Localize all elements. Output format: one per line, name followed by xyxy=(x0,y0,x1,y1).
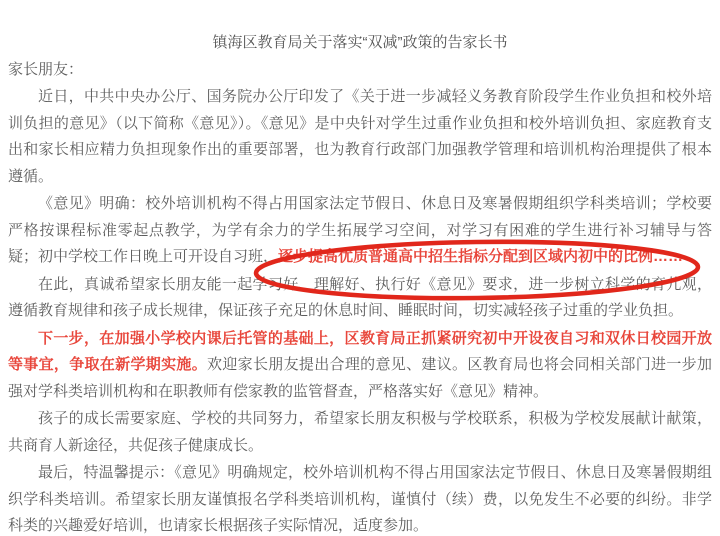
paragraph-intro: 近日，中共中央办公厅、国务院办公厅印发了《关于进一步减轻义务教育阶段学生作业负担… xyxy=(8,84,712,190)
paragraph-cooperation-text: 孩子的成长需要家庭、学校的共同努力，希望家长朋友积极与学校联系，积极为学校发展献… xyxy=(8,410,712,454)
paragraph-reminder-text: 最后，特温馨提示：《意见》明确规定，校外培训机构不得占用国家法定节假日、休息日及… xyxy=(8,464,712,534)
page-title: 镇海区教育局关于落实“双减”政策的告家长书 xyxy=(8,30,712,57)
paragraph-next-steps: 下一步，在加强小学校内课后托管的基础上，区教育局正抓紧研究初中开设夜自习和双休日… xyxy=(8,326,712,406)
paragraph-policy-details: 《意见》明确：校外培训机构不得占用国家法定节假日、休息日及寒暑假期组织学科类培训… xyxy=(8,191,712,271)
paragraph-hope: 在此，真诚希望家长朋友能一起学习好、理解好、执行好《意见》要求，进一步树立科学的… xyxy=(8,272,712,325)
salutation: 家长朋友： xyxy=(8,57,712,84)
paragraph-hope-text: 在此，真诚希望家长朋友能一起学习好、理解好、执行好《意见》要求，进一步树立科学的… xyxy=(8,276,712,320)
paragraph-reminder: 最后，特温馨提示：《意见》明确规定，校外培训机构不得占用国家法定节假日、休息日及… xyxy=(8,460,712,536)
document-body: 镇海区教育局关于落实“双减”政策的告家长书 家长朋友： 近日，中共中央办公厅、国… xyxy=(0,0,720,536)
paragraph-intro-text: 近日，中共中央办公厅、国务院办公厅印发了《关于进一步减轻义务教育阶段学生作业负担… xyxy=(8,88,712,185)
paragraph-cooperation: 孩子的成长需要家庭、学校的共同努力，希望家长朋友积极与学校联系，积极为学校发展献… xyxy=(8,406,712,459)
notice-document: 镇海区教育局关于落实“双减”政策的告家长书 家长朋友： 近日，中共中央办公厅、国… xyxy=(0,0,720,536)
red-circled-text: 逐步提高优质普通高中招生指标分配到区域内初中的比例…… xyxy=(278,248,683,265)
